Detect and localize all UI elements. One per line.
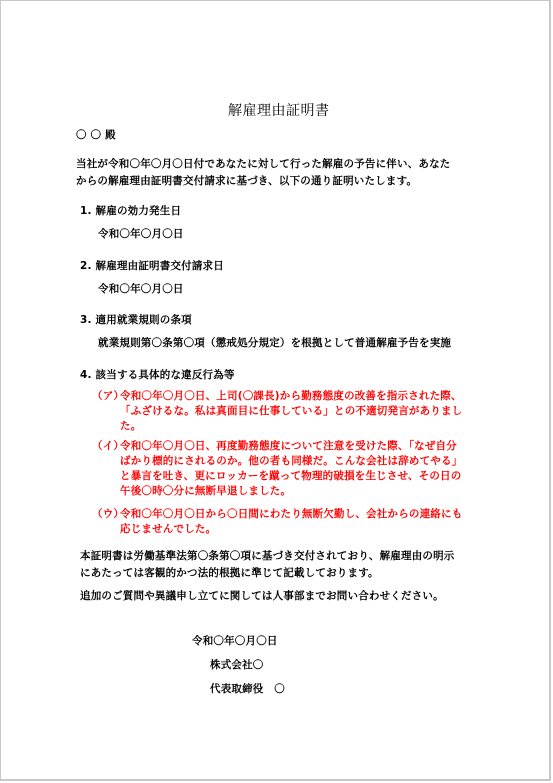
document-page: 解雇理由証明書 〇 〇 殿 当社が令和〇年〇月〇日付であなたに対して行った解雇の… — [0, 0, 551, 781]
signature-company: 株式会社〇 — [210, 658, 264, 672]
violation-a-line-3: た。 — [120, 419, 141, 433]
signature-date: 令和〇年〇月〇日 — [192, 634, 278, 648]
intro-line-1: 当社が令和〇年〇月〇日付であなたに対して行った解雇の予告に伴い、あなた — [76, 157, 451, 171]
section-4-heading: 4. 該当する具体的な違反行為等 — [80, 368, 235, 382]
addressee: 〇 〇 殿 — [76, 128, 116, 142]
violation-u-line-1: 令和〇年〇月〇日から〇日間にわたり無断欠勤し、会社からの連絡にも — [120, 507, 462, 521]
violation-i-line-3: と暴言を吐き、更にロッカーを蹴って物理的破損を生じさせ、その日の — [120, 469, 461, 483]
section-3-body: 就業規則第〇条第〇項（懲戒処分規定）を根拠として普通解雇予告を実施 — [98, 336, 451, 350]
document-title: 解雇理由証明書 — [228, 104, 330, 118]
intro-line-2: からの解雇理由証明書交付請求に基づき、以下の通り証明いたします。 — [76, 174, 417, 188]
section-2-heading: 2. 解雇理由証明書交付請求日 — [80, 259, 224, 273]
closing-line-1: 本証明書は労働基準法第〇条第〇項に基づき交付されており、解雇理由の明示 — [80, 549, 455, 563]
violation-a-line-1: 令和〇年〇月〇日、上司(〇課長)から勤務態度の改善を指示された際、 — [120, 389, 462, 403]
section-2-body: 令和〇年〇月〇日 — [98, 282, 184, 296]
section-1-body: 令和〇年〇月〇日 — [98, 227, 184, 241]
violation-i-line-4: 午後〇時〇分に無断早退しました。 — [120, 484, 291, 498]
signature-representative: 代表取締役 〇 — [210, 682, 285, 696]
violation-u-line-2: 応じませんでした。 — [120, 522, 216, 536]
section-1-heading: 1. 解雇の効力発生日 — [80, 204, 181, 218]
section-3-heading: 3. 適用就業規則の条項 — [80, 313, 192, 327]
violation-i-line-2: ばかり標的にされるのか。他の者も同様だ。こんな会社は辞めてやる」 — [120, 454, 462, 468]
closing-line-2: にあたっては客観的かつ法的根拠に準じて記載しております。 — [80, 566, 379, 580]
violation-i-line-1: 令和〇年〇月〇日、再度勤務態度について注意を受けた際、「なぜ自分 — [120, 439, 457, 453]
violation-a-line-2: 「ふざけるな。私は真面目に仕事している」との不適切発言がありまし — [120, 404, 462, 418]
contact-note: 追加のご質問や異議申し立てに関しては人事部までお問い合わせください。 — [80, 589, 444, 603]
